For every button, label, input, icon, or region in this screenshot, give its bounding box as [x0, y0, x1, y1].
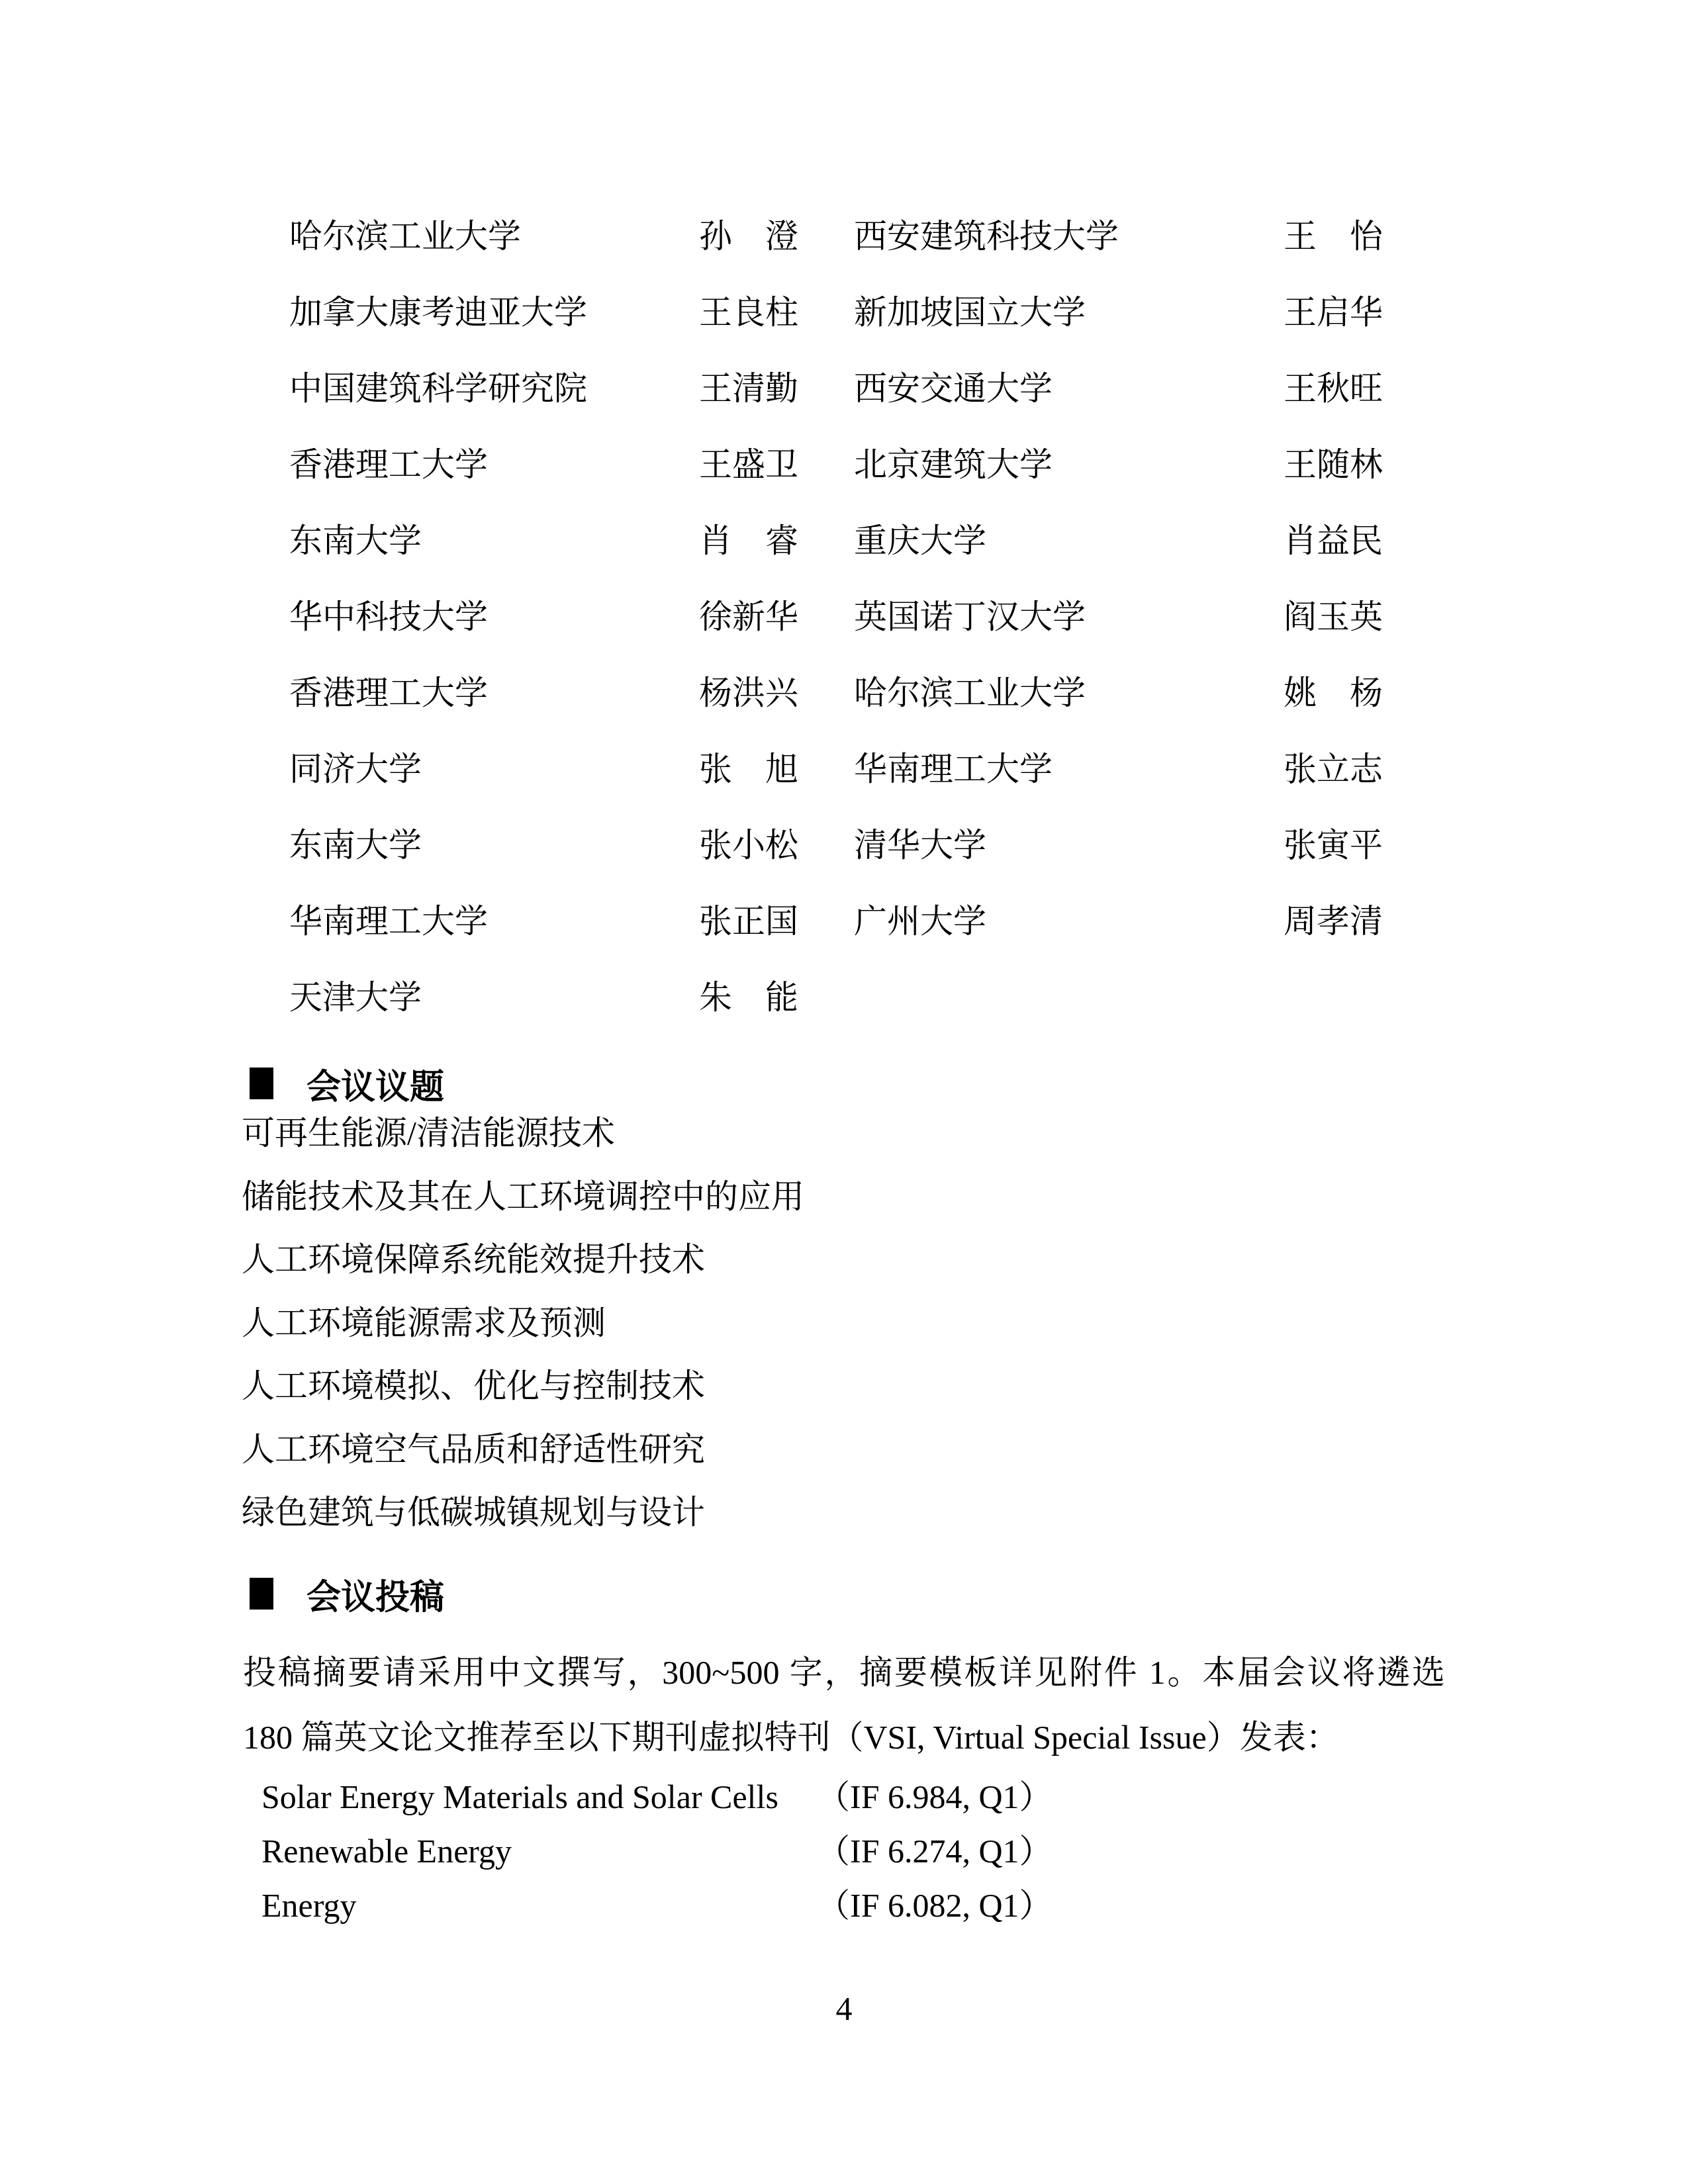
- journal-name: Renewable Energy: [261, 1824, 817, 1878]
- name-cell: [1284, 960, 1383, 1036]
- journal-impact-factor: （IF 6.274, Q1）: [817, 1824, 1053, 1878]
- journal-name: Solar Energy Materials and Solar Cells: [261, 1770, 817, 1824]
- square-bullet-icon: [250, 1068, 273, 1099]
- topic-item: 绿色建筑与低碳城镇规划与设计: [242, 1481, 804, 1545]
- committee-table: 哈尔滨工业大学 孙 澄 西安建筑科技大学 王 怡 加拿大康考迪亚大学 王良柱 新…: [289, 199, 1383, 1036]
- name-cell: 徐新华: [699, 579, 798, 655]
- org-cell: 同济大学: [289, 731, 699, 807]
- org-cell: 西安建筑科技大学: [854, 199, 1284, 275]
- name-cell: 王良柱: [699, 275, 798, 351]
- topic-item: 人工环境保障系统能效提升技术: [242, 1228, 804, 1292]
- journal-name: Energy: [261, 1878, 817, 1933]
- name-cell: 王清勤: [699, 351, 798, 427]
- org-cell: 东南大学: [289, 807, 699, 884]
- org-cell: 华南理工大学: [289, 884, 699, 960]
- name-cell: 阎玉英: [1284, 579, 1383, 655]
- org-cell: [854, 960, 1284, 1036]
- topic-item: 人工环境空气品质和舒适性研究: [242, 1418, 804, 1482]
- topic-item: 人工环境模拟、优化与控制技术: [242, 1355, 804, 1418]
- org-cell: 华南理工大学: [854, 731, 1284, 807]
- name-cell: 张正国: [699, 884, 798, 960]
- name-cell: 肖 睿: [699, 503, 798, 579]
- org-cell: 天津大学: [289, 960, 699, 1036]
- section-title: 会议议题: [306, 1059, 444, 1109]
- paragraph-line: 投稿摘要请采用中文撰写，300~500 字，摘要模板详见附件 1。本届会议将遴选: [243, 1640, 1445, 1705]
- org-cell: 东南大学: [289, 503, 699, 579]
- name-cell: 杨洪兴: [699, 655, 798, 731]
- topic-item: 可再生能源/清洁能源技术: [242, 1102, 804, 1165]
- name-cell: 肖益民: [1284, 503, 1383, 579]
- org-cell: 哈尔滨工业大学: [854, 655, 1284, 731]
- name-cell: 王秋旺: [1284, 351, 1383, 427]
- topic-item: 人工环境能源需求及预测: [242, 1292, 804, 1355]
- name-cell: 张小松: [699, 807, 798, 884]
- name-cell: 孙 澄: [699, 199, 798, 275]
- journal-impact-factor: （IF 6.082, Q1）: [817, 1878, 1053, 1933]
- org-cell: 清华大学: [854, 807, 1284, 884]
- name-cell: 王随林: [1284, 427, 1383, 503]
- name-cell: 朱 能: [699, 960, 798, 1036]
- org-cell: 北京建筑大学: [854, 427, 1284, 503]
- page-number: 4: [0, 1989, 1688, 2028]
- org-cell: 哈尔滨工业大学: [289, 199, 699, 275]
- name-cell: 王启华: [1284, 275, 1383, 351]
- name-cell: 张立志: [1284, 731, 1383, 807]
- org-cell: 华中科技大学: [289, 579, 699, 655]
- journal-list: Solar Energy Materials and Solar Cells （…: [261, 1770, 1053, 1933]
- org-cell: 西安交通大学: [854, 351, 1284, 427]
- org-cell: 广州大学: [854, 884, 1284, 960]
- journal-impact-factor: （IF 6.984, Q1）: [817, 1770, 1053, 1824]
- org-cell: 重庆大学: [854, 503, 1284, 579]
- name-cell: 张寅平: [1284, 807, 1383, 884]
- paragraph-line: 180 篇英文论文推荐至以下期刊虚拟特刊（VSI, Virtual Specia…: [243, 1705, 1445, 1770]
- section-title: 会议投稿: [306, 1569, 444, 1619]
- document-page: { "committee": { "rows": [ { "org1": "哈尔…: [0, 0, 1688, 2184]
- submission-paragraph: 投稿摘要请采用中文撰写，300~500 字，摘要模板详见附件 1。本届会议将遴选…: [243, 1640, 1445, 1770]
- name-cell: 姚 杨: [1284, 655, 1383, 731]
- org-cell: 加拿大康考迪亚大学: [289, 275, 699, 351]
- name-cell: 周孝清: [1284, 884, 1383, 960]
- name-cell: 张 旭: [699, 731, 798, 807]
- section-topics-heading: 会议议题: [250, 1064, 444, 1103]
- name-cell: 王 怡: [1284, 199, 1383, 275]
- square-bullet-icon: [250, 1578, 273, 1610]
- section-submission-heading: 会议投稿: [250, 1574, 444, 1614]
- topics-list: 可再生能源/清洁能源技术 储能技术及其在人工环境调控中的应用 人工环境保障系统能…: [242, 1102, 804, 1545]
- topic-item: 储能技术及其在人工环境调控中的应用: [242, 1165, 804, 1229]
- org-cell: 香港理工大学: [289, 655, 699, 731]
- org-cell: 新加坡国立大学: [854, 275, 1284, 351]
- name-cell: 王盛卫: [699, 427, 798, 503]
- org-cell: 英国诺丁汉大学: [854, 579, 1284, 655]
- org-cell: 中国建筑科学研究院: [289, 351, 699, 427]
- org-cell: 香港理工大学: [289, 427, 699, 503]
